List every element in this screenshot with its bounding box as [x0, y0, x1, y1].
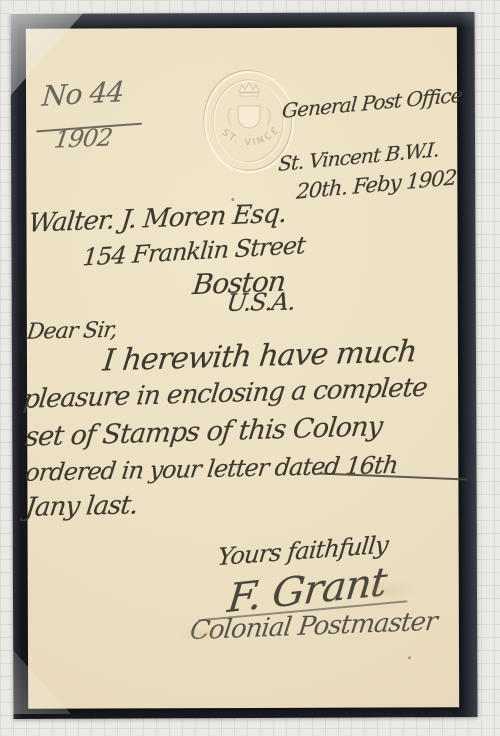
- body-line: Jany last.: [24, 491, 139, 523]
- registry-number: No 44: [41, 76, 125, 113]
- registry-year: 1902: [52, 124, 113, 154]
- recipient-country-line: U.S.A.: [225, 289, 296, 318]
- sender-office-line: General Post Office: [281, 84, 462, 123]
- album-page-sheen: [10, 14, 21, 719]
- paper-speck: [231, 198, 234, 201]
- body-line: set of Stamps of this Colony: [24, 411, 384, 453]
- paper-stain: [178, 626, 224, 642]
- paper-speck: [237, 466, 239, 468]
- album-page-sheen: [459, 12, 477, 717]
- body-line: ordered in your letter dated 16th: [24, 452, 399, 487]
- seal-shield-icon: [238, 106, 260, 128]
- body-line: I herewith have much: [101, 335, 418, 379]
- seal-crown-icon: [239, 83, 259, 96]
- paper-speck: [408, 656, 411, 659]
- body-line: pleasure in enclosing a complete: [21, 374, 428, 416]
- letter-paper: No 44 1902 ST. VINCENT General Post Offi…: [26, 27, 459, 709]
- paper-stain: [358, 579, 418, 601]
- scan-background: No 44 1902 ST. VINCENT General Post Offi…: [0, 0, 500, 736]
- salutation-line: Dear Sir,: [25, 318, 118, 345]
